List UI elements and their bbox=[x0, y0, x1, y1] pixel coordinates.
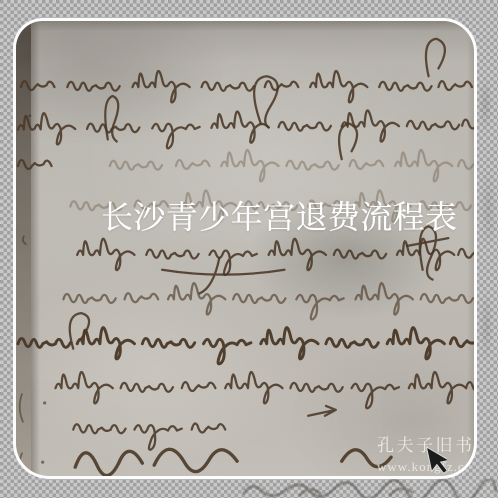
handwriting-decoration bbox=[16, 21, 474, 476]
page-title: 长沙青少年宫退费流程表 bbox=[101, 192, 457, 238]
ghost-handwriting-bottom bbox=[240, 479, 498, 498]
manuscript-photo: 长沙青少年宫退费流程表 孔夫子旧书网 www.kongfz.com bbox=[13, 18, 477, 479]
manuscript-top-shade bbox=[16, 21, 474, 31]
mouse-cursor-icon bbox=[419, 444, 447, 476]
transparency-checkerboard: 长沙青少年宫退费流程表 孔夫子旧书网 www.kongfz.com bbox=[0, 0, 498, 498]
ghost-smudge-right bbox=[477, 60, 498, 430]
manuscript-left-edge bbox=[16, 21, 31, 476]
manuscript-right-shade bbox=[467, 21, 474, 476]
